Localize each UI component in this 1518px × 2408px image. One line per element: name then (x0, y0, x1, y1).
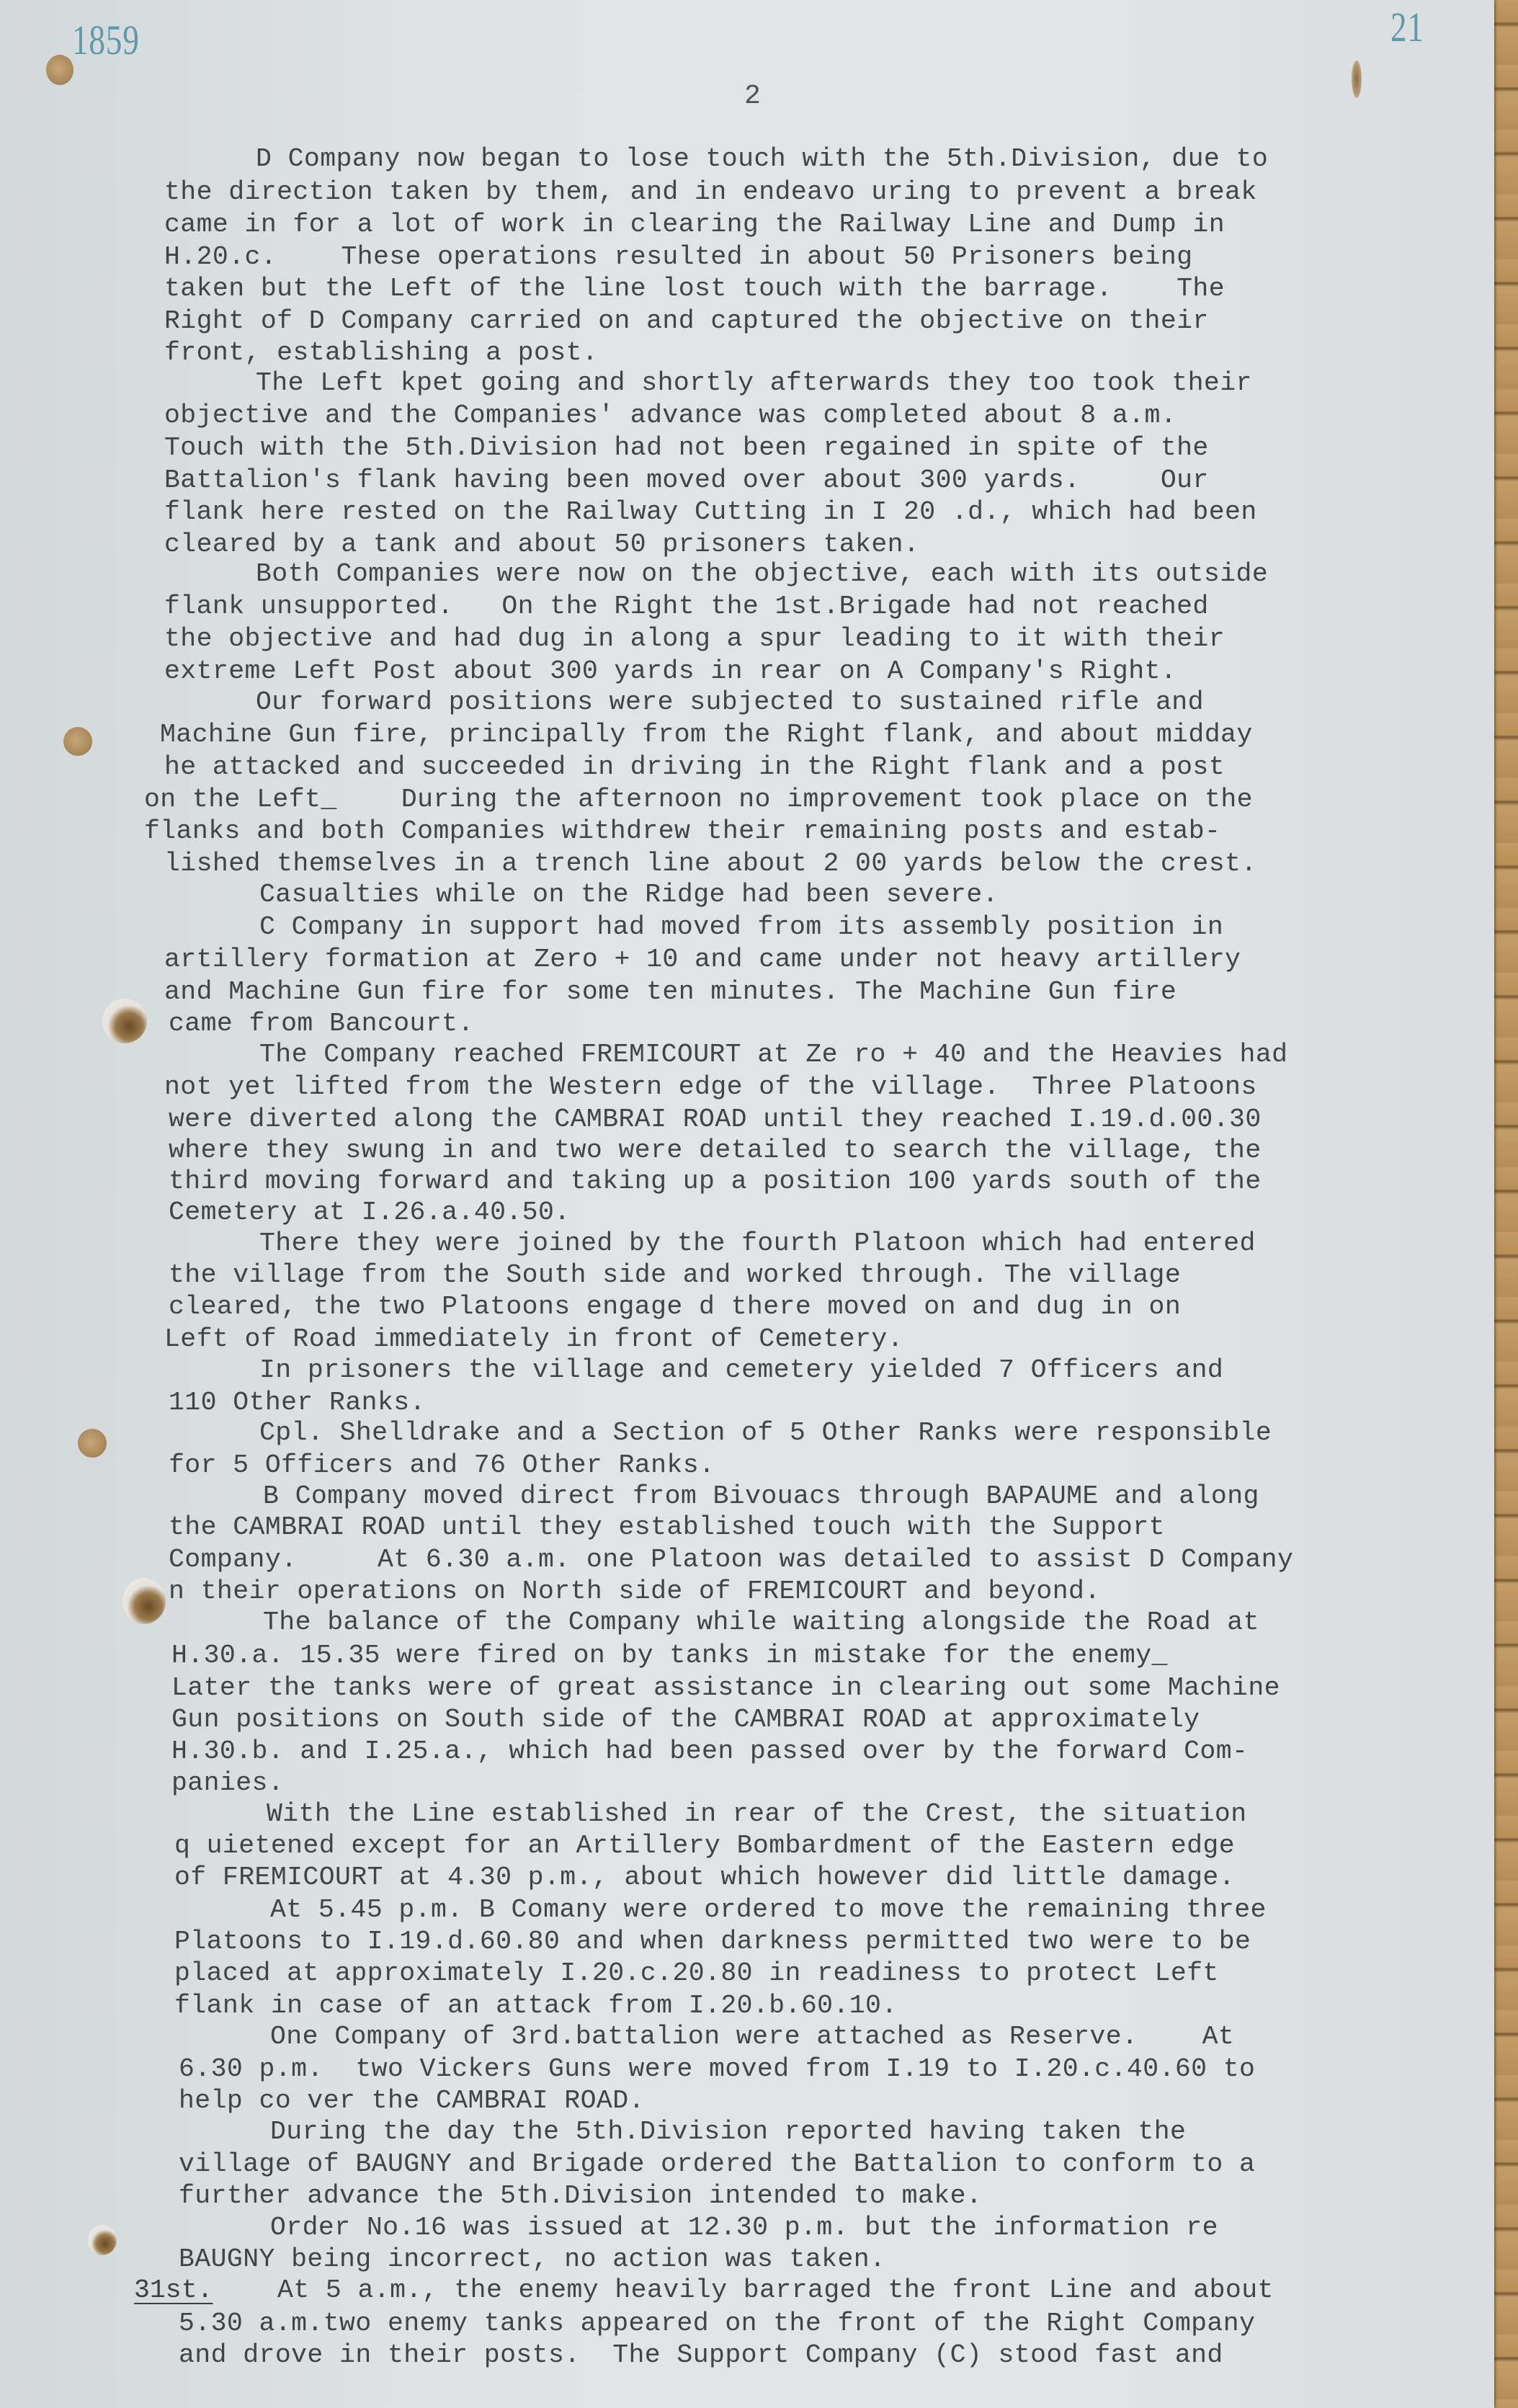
typed-line: cleared, the two Platoons engage d there… (169, 1292, 1181, 1321)
typed-line: At 5 a.m., the enemy heavily barraged th… (277, 2275, 1274, 2305)
punch-hole (88, 2225, 117, 2255)
typed-line: H.20.c. These operations resulted in abo… (164, 242, 1192, 272)
typed-line: In prisoners the village and cemetery yi… (259, 1355, 1223, 1385)
typed-line: he attacked and succeeded in driving in … (164, 752, 1225, 782)
typed-line: for 5 Officers and 76 Other Ranks. (169, 1450, 715, 1480)
typed-line: 110 Other Ranks. (169, 1388, 426, 1417)
typed-line: the village from the South side and work… (169, 1260, 1181, 1290)
typed-line: on the Left_ During the afternoon no imp… (144, 785, 1253, 814)
typed-line: Cemetery at I.26.a.40.50. (169, 1198, 571, 1227)
document-page: 1859 21 2 D Company now began to lose to… (0, 0, 1494, 2408)
typed-line: Battalion's flank having been moved over… (164, 465, 1209, 495)
typed-line: and drove in their posts. The Support Co… (179, 2340, 1223, 2370)
typed-line: flank unsupported. On the Right the 1st.… (164, 592, 1209, 621)
typed-line: 5.30 a.m.two enemy tanks appeared on the… (179, 2309, 1255, 2338)
page-number: 2 (744, 81, 761, 112)
typed-line: third moving forward and taking up a pos… (169, 1167, 1262, 1196)
ink-blot (1352, 61, 1362, 98)
typed-line: BAUGNY being incorrect, no action was ta… (179, 2244, 885, 2274)
typed-line: panies. (171, 1768, 284, 1798)
typed-line: Touch with the 5th.Division had not been… (164, 433, 1209, 463)
typed-line: There they were joined by the fourth Pla… (259, 1228, 1256, 1258)
typed-line: front, establishing a post. (164, 338, 598, 367)
typed-line: Gun positions on South side of the CAMBR… (171, 1705, 1200, 1734)
typed-line: help co ver the CAMBRAI ROAD. (179, 2086, 645, 2115)
punch-hole (63, 727, 92, 756)
typed-line: The balance of the Company while waiting… (263, 1607, 1259, 1637)
typed-line: cleared by a tank and about 50 prisoners… (164, 530, 919, 559)
typed-line: the CAMBRAI ROAD until they established … (169, 1512, 1165, 1542)
typed-line: Both Companies were now on the objective… (256, 559, 1268, 589)
typed-line: n their operations on North side of FREM… (169, 1577, 1101, 1606)
typed-line: village of BAUGNY and Brigade ordered th… (179, 2149, 1255, 2179)
punch-hole (122, 1578, 166, 1624)
typed-line: further advance the 5th.Division intende… (179, 2181, 982, 2211)
typed-line: Our forward positions were subjected to … (256, 687, 1204, 717)
punch-hole (46, 55, 73, 85)
typed-line: Cpl. Shelldrake and a Section of 5 Other… (259, 1418, 1272, 1448)
typed-line: Right of D Company carried on and captur… (164, 306, 1209, 336)
typed-line: taken but the Left of the line lost touc… (164, 274, 1225, 303)
typed-line: With the Line established in rear of the… (267, 1799, 1247, 1829)
typed-line: were diverted along the CAMBRAI ROAD unt… (169, 1105, 1262, 1134)
typed-line: artillery formation at Zero + 10 and cam… (164, 945, 1241, 974)
folio-stamp-right: 21 (1390, 3, 1424, 51)
typed-line: B Company moved direct from Bivouacs thr… (263, 1481, 1259, 1511)
typed-line: extreme Left Post about 300 yards in rea… (164, 656, 1177, 686)
typed-line: H.30.a. 15.35 were fired on by tanks in … (171, 1641, 1168, 1670)
typed-line: the direction taken by them, and in ende… (164, 177, 1257, 207)
typed-line: not yet lifted from the Western edge of … (164, 1072, 1257, 1102)
typed-line: q uietened except for an Artillery Bomba… (174, 1831, 1235, 1860)
margin-date-note: 31st. (134, 2275, 213, 2305)
typed-line: H.30.b. and I.25.a., which had been pass… (171, 1736, 1248, 1766)
typed-line: Casualties while on the Ridge had been s… (259, 880, 999, 909)
typed-line: D Company now began to lose touch with t… (256, 144, 1268, 174)
typed-line: The Left kpet going and shortly afterwar… (256, 368, 1252, 398)
typed-line: The Company reached FREMICOURT at Ze ro … (259, 1040, 1287, 1069)
typed-line: flanks and both Companies withdrew their… (144, 816, 1220, 846)
typed-line: where they swung in and two were detaile… (169, 1136, 1262, 1165)
typed-line: came in for a lot of work in clearing th… (164, 210, 1225, 239)
typed-line: Order No.16 was issued at 12.30 p.m. but… (270, 2213, 1218, 2242)
typed-line: One Company of 3rd.battalion were attach… (270, 2022, 1234, 2051)
typed-line: Later the tanks were of great assistance… (171, 1673, 1280, 1703)
typed-line: Left of Road immediately in front of Cem… (164, 1324, 903, 1354)
folio-stamp-left: 1859 (72, 16, 140, 64)
typed-line: Platoons to I.19.d.60.80 and when darkne… (174, 1927, 1251, 1956)
typed-line: placed at approximately I.20.c.20.80 in … (174, 1958, 1219, 1988)
typed-line: 6.30 p.m. two Vickers Guns were moved fr… (179, 2054, 1255, 2084)
typed-line: came from Bancourt. (169, 1009, 474, 1038)
typed-line: flank here rested on the Railway Cutting… (164, 497, 1257, 527)
typed-line: C Company in support had moved from its … (259, 912, 1223, 942)
typed-line: the objective and had dug in along a spu… (164, 624, 1225, 654)
typed-line: Machine Gun fire, principally from the R… (160, 720, 1253, 749)
typed-line: and Machine Gun fire for some ten minute… (164, 977, 1177, 1007)
typed-line: flank in case of an attack from I.20.b.6… (174, 1991, 898, 2020)
typed-line: of FREMICOURT at 4.30 p.m., about which … (174, 1863, 1235, 1892)
typed-line: At 5.45 p.m. B Comany were ordered to mo… (270, 1895, 1267, 1925)
punch-hole (78, 1429, 107, 1458)
typed-line: Company. At 6.30 a.m. one Platoon was de… (169, 1545, 1293, 1574)
punch-hole (102, 999, 147, 1043)
typed-line: During the day the 5th.Division reported… (270, 2117, 1186, 2146)
typed-line: objective and the Companies' advance was… (164, 401, 1177, 430)
typed-line: lished themselves in a trench line about… (164, 849, 1257, 878)
